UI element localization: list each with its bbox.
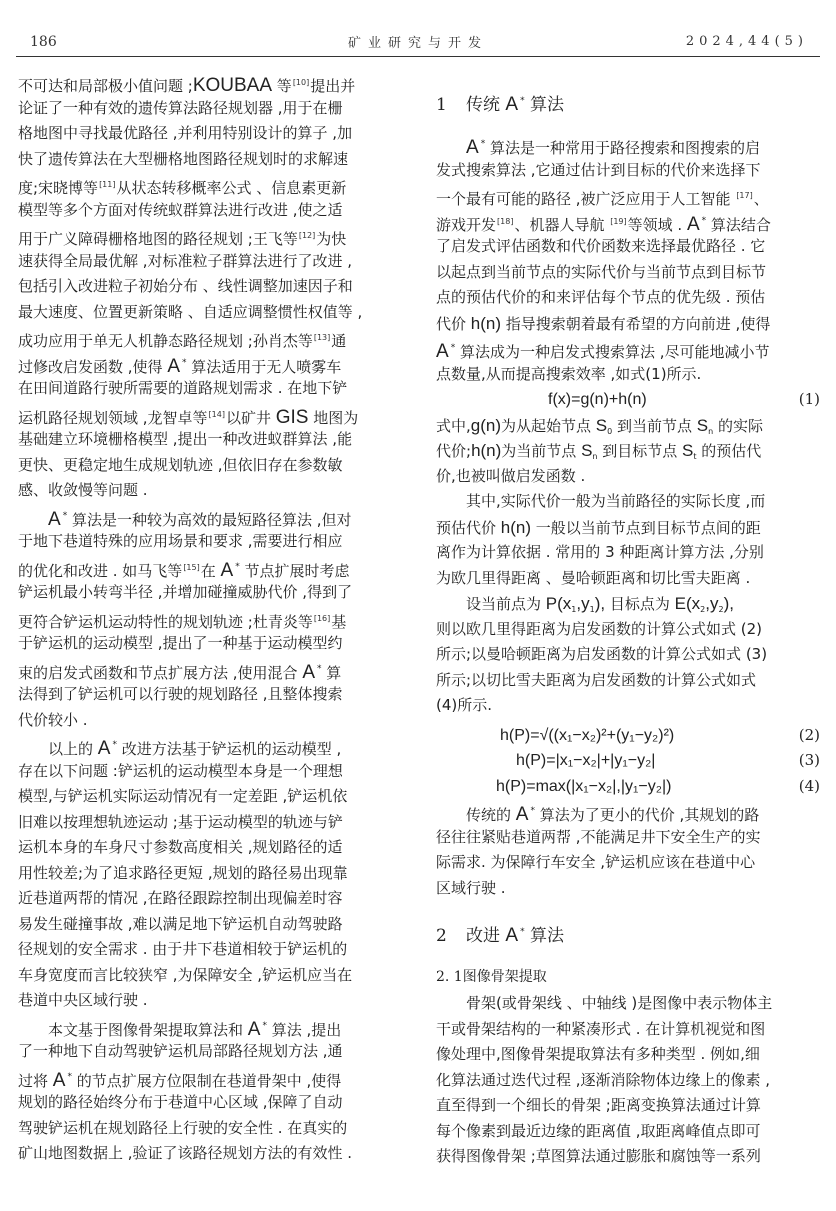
text-run: 为欧几里得距离 、曼哈顿距离和切比雪夫距离 . <box>436 569 750 587</box>
text-line: 模型,与铲运机实际运动情况有一定差距 ,铲运机依 <box>18 784 403 810</box>
equation-1: f(x)=g(n)+h(n) (1) <box>436 387 820 413</box>
right-column: 1传统 A* 算法 A* 算法是一种常用于路径搜索和图搜索的启发式搜索算法 ,它… <box>436 84 820 1170</box>
text-line: 快了遗传算法在大型栅格地图路径规划时的求解速 <box>18 147 403 173</box>
text-line: 化算法通过迭代过程 ,逐渐消除物体边缘上的像素 , <box>436 1068 820 1094</box>
a-star-symbol: A <box>505 925 518 946</box>
text-run: 模型等多个方面对传统蚁群算法进行改进 ,使之适 <box>18 201 343 219</box>
text-line: 为欧几里得距离 、曼哈顿距离和切比雪夫距离 . <box>436 566 820 592</box>
text-line: 所示;以曼哈顿距离为启发函数的计算公式如式 (3) <box>436 642 820 668</box>
text-run: 际需求. 为保障行车安全 ,铲运机应该在巷道中心 <box>436 853 755 871</box>
text-line: 用于广义障碍栅格地图的路径规划 ;王飞等[12]为快 <box>18 223 403 249</box>
text-run: 式中, <box>436 417 471 435</box>
text-run: 运机本身的车身尺寸参数高度相关 ,规划路径的适 <box>18 838 343 856</box>
text-line: A* 算法成为一种启发式搜索算法 ,尽可能地减小节 <box>436 336 820 362</box>
section1-body: A* 算法是一种常用于路径搜索和图搜索的启发式搜索算法 ,它通过估计到目标的代价… <box>436 132 820 387</box>
text-line: 基础建立环境栅格模型 ,提出一种改进蚁群算法 ,能 <box>18 427 403 453</box>
text-line: 本文基于图像骨架提取算法和 A* 算法 ,提出 <box>18 1014 403 1040</box>
text-run: (4)所示. <box>436 696 492 714</box>
text-run: 以矿井 <box>226 409 276 427</box>
text-line: 包括引入改进粒子初始分布 、线性调整加速因子和 <box>18 274 403 300</box>
text-run: 旧难以按理想轨迹运动 ;基于运动模型的轨迹与铲 <box>18 813 343 831</box>
text-run: 为快 <box>316 230 346 248</box>
distance-equations: h(P)=√((x₁−x₂)²+(y₁−y₂)²)(2)h(P)=|x₁−x₂|… <box>436 723 820 800</box>
text-line: 驾驶铲运机在规划路径上行驶的安全性 . 在真实的 <box>18 1116 403 1142</box>
text-line: 更快、更稳定地生成规划轨迹 ,但依旧存在参数敏 <box>18 453 403 479</box>
text-run: 束的启发式函数和节点扩展方法 ,使用混合 <box>18 664 302 682</box>
text-run: 点数量,从而提高搜索效率 ,如式(1)所示. <box>436 365 701 383</box>
text-line: 径规划的安全需求 . 由于井下巷道相较于铲运机的 <box>18 937 403 963</box>
text-line: 一个最有可能的路径 ,被广泛应用于人工智能 [17]、 <box>436 183 820 209</box>
text-run: 在田间道路行驶所需要的道路规划需求 . 在地下铲 <box>18 379 347 397</box>
text-line: 所示;以切比雪夫距离为启发函数的计算公式如式 <box>436 668 820 694</box>
a-star-symbol: A* <box>48 511 67 529</box>
text-run: 的优化和改进 . 如马飞等 <box>18 562 182 580</box>
equation-explanation: 式中,g(n)为从起始节点 S0 到当前节点 Sn 的实际代价;h(n)为当前节… <box>436 413 820 719</box>
equation: h(P)=|x₁−x₂|+|y₁−y₂|(3) <box>436 748 820 774</box>
text-line: 的优化和改进 . 如马飞等[15]在 A* 节点扩展时考虑 <box>18 555 403 581</box>
text-line: 在田间道路行驶所需要的道路规划需求 . 在地下铲 <box>18 376 403 402</box>
text-run: 、 <box>754 190 769 208</box>
equation: h(P)=max(|x₁−x₂|,|y₁−y₂|)(4) <box>436 774 820 800</box>
text-run: 设当前点为 <box>466 595 546 613</box>
text-line: 代价较小 . <box>18 708 403 734</box>
text-line: 法得到了铲运机可以行驶的规划路径 ,且整体搜索 <box>18 682 403 708</box>
text-run: 基 <box>331 613 346 631</box>
text-line: 成功应用于单无人机静态路径规划 ;孙肖杰等[13]通 <box>18 325 403 351</box>
section-title-part: 算法 <box>525 95 564 115</box>
text-line: 式中,g(n)为从起始节点 S0 到当前节点 Sn 的实际 <box>436 413 820 439</box>
citation: [10] <box>293 78 309 87</box>
inline-term: S <box>697 416 708 435</box>
text-run: 近巷道两帮的情况 ,在路径跟踪控制出现偏差时容 <box>18 889 343 907</box>
citation: [11] <box>99 180 115 189</box>
equation-number: (1) <box>799 387 820 413</box>
text-run: 所示;以切比雪夫距离为启发函数的计算公式如式 <box>436 671 756 689</box>
citation: [16] <box>314 614 330 623</box>
text-run: 矿山地图数据上 ,验证了该路径规划方法的有效性 . <box>18 1144 352 1162</box>
a-star-symbol: A <box>505 94 518 115</box>
text-run: 过修改启发函数 ,使得 <box>18 358 167 376</box>
inline-term: h(n) <box>501 518 531 537</box>
text-run: 速获得全局最优解 ,对标准粒子群算法进行了改进 , <box>18 252 352 270</box>
citation: [13] <box>314 333 330 342</box>
section-number: 2 <box>436 919 466 953</box>
text-line: 束的启发式函数和节点扩展方法 ,使用混合 A* 算 <box>18 657 403 683</box>
text-line: 了启发式评估函数和代价函数来选择最优路径 . 它 <box>436 234 820 260</box>
text-run: 所示;以曼哈顿距离为启发函数的计算公式如式 (3) <box>436 645 767 663</box>
text-line: 论证了一种有效的遗传算法路径规划器 ,用于在栅 <box>18 96 403 122</box>
text-line: 获得图像骨架 ;草图算法通过膨胀和腐蚀等一系列 <box>436 1144 820 1170</box>
text-run: 在 <box>201 562 221 580</box>
section-title-part: 算法 <box>525 926 564 946</box>
text-run: 其中,实际代价一般为当前路径的实际长度 ,而 <box>466 492 765 510</box>
text-run: 价,也被叫做启发函数 . <box>436 467 585 485</box>
text-run: 包括引入改进粒子初始分布 、线性调整加速因子和 <box>18 277 353 295</box>
text-run: 于地下巷道特殊的应用场景和要求 ,需要进行相应 <box>18 532 343 550</box>
citation: [14] <box>209 410 225 419</box>
section-heading-2: 2改进 A* 算法 <box>436 915 820 963</box>
text-line: 骨架(或骨架线 、中轴线 )是图像中表示物体主 <box>436 991 820 1017</box>
text-line: 设当前点为 P(x1,y1), 目标点为 E(x2,y2), <box>436 591 820 617</box>
inline-term: ), <box>595 594 605 613</box>
text-run: 指导搜索朝着最有希望的方向前进 ,使得 <box>501 315 770 333</box>
text-run: 用性较差;为了追求路径更短 ,规划的路径易出现靠 <box>18 864 348 882</box>
text-line: 运机路径规划领域 ,龙智卓等[14]以矿井 GIS 地图为 <box>18 402 403 428</box>
text-run: 用于广义障碍栅格地图的路径规划 ;王飞等 <box>18 230 298 248</box>
text-run: 离作为计算依据 . 常用的 3 种距离计算方法 ,分别 <box>436 543 764 561</box>
text-line: 传统的 A* 算法为了更小的代价 ,其规划的路 <box>436 799 820 825</box>
a-star-symbol: A* <box>436 343 455 361</box>
text-run: 算法结合 <box>706 216 771 234</box>
section2-1-body: 骨架(或骨架线 、中轴线 )是图像中表示物体主干或骨架结构的一种紧凑形式 . 在… <box>436 991 820 1170</box>
text-line: A* 算法是一种常用于路径搜索和图搜索的启 <box>436 132 820 158</box>
text-line: 度;宋晓博等[11]从状态转移概率公式 、信息素更新 <box>18 172 403 198</box>
text-run: 格地图中寻找最优路径 ,并利用特别设计的算子 ,加 <box>18 124 352 142</box>
citation: [15] <box>183 563 199 572</box>
text-run: 预估代价 <box>436 519 501 537</box>
text-run: 法得到了铲运机可以行驶的规划路径 ,且整体搜索 <box>18 685 343 703</box>
text-run: 改进方法基于铲运机的运动模型 , <box>117 740 341 758</box>
text-line: 干或骨架结构的一种紧凑形式 . 在计算机视觉和图 <box>436 1017 820 1043</box>
text-line: 以起点到当前节点的实际代价与当前节点到目标节 <box>436 260 820 286</box>
text-line: 铲运机最小转弯半径 ,并增加碰撞威胁代价 ,得到了 <box>18 580 403 606</box>
inline-term: ,y <box>705 594 718 613</box>
inline-term: ), <box>724 594 734 613</box>
text-line: 游戏开发[18]、机器人导航 [19]等领域 . A* 算法结合 <box>436 209 820 235</box>
text-run: 快了遗传算法在大型栅格地图路径规划时的求解速 <box>18 150 348 168</box>
text-run: 节点扩展时考虑 <box>240 562 350 580</box>
text-run: 的实际 <box>713 417 763 435</box>
text-line: 速获得全局最优解 ,对标准粒子群算法进行了改进 , <box>18 249 403 275</box>
inline-term: KOUBAA <box>193 75 272 96</box>
text-run: 更符合铲运机运动特性的规划轨迹 ;杜青炎等 <box>18 613 313 631</box>
text-line: 过将 A* 的节点扩展方位限制在巷道骨架中 ,使得 <box>18 1065 403 1091</box>
text-run: 、机器人导航 <box>514 216 609 234</box>
a-star-symbol: A* <box>302 664 321 682</box>
text-run: 存在以下问题 :铲运机的运动模型本身是一个理想 <box>18 762 343 780</box>
page-header: 186 矿业研究与开发 2024,44(5) <box>16 30 820 57</box>
text-run: 论证了一种有效的遗传算法路径规划器 ,用于在栅 <box>18 99 343 117</box>
subsection-number: 2. 1 <box>436 969 463 985</box>
inline-term: E(x <box>675 594 701 613</box>
a-star-symbol: A* <box>248 1021 267 1039</box>
text-run: 巷道中央区域行驶 . <box>18 991 148 1009</box>
text-run: 更快、更稳定地生成规划轨迹 ,但依旧存在参数敏 <box>18 456 343 474</box>
text-run: 获得图像骨架 ;草图算法通过膨胀和腐蚀等一系列 <box>436 1147 761 1165</box>
text-line: 易发生碰撞事故 ,难以满足地下铲运机自动驾驶路 <box>18 912 403 938</box>
section1-conclusion: 传统的 A* 算法为了更小的代价 ,其规划的路径往往紧贴巷道两帮 ,不能满足井下… <box>436 799 820 901</box>
a-star-symbol: A* <box>516 806 535 824</box>
text-run: 骨架(或骨架线 、中轴线 )是图像中表示物体主 <box>466 994 772 1012</box>
text-line: 径往往紧贴巷道两帮 ,不能满足井下安全生产的实 <box>436 825 820 851</box>
text-run: 算法是一种较为高效的最短路径算法 ,但对 <box>67 511 351 529</box>
text-run: 于铲运机的运动模型 ,提出了一种基于运动模型约 <box>18 634 343 652</box>
text-run: 算法成为一种启发式搜索算法 ,尽可能地减小节 <box>455 343 769 361</box>
equation-expression: h(P)=|x₁−x₂|+|y₁−y₂| <box>516 748 655 774</box>
text-line: 其中,实际代价一般为当前路径的实际长度 ,而 <box>436 489 820 515</box>
text-run: 以起点到当前节点的实际代价与当前节点到目标节 <box>436 263 766 281</box>
text-line: 区域行驶 . <box>436 876 820 902</box>
text-line: 于地下巷道特殊的应用场景和要求 ,需要进行相应 <box>18 529 403 555</box>
text-line: A* 算法是一种较为高效的最短路径算法 ,但对 <box>18 504 403 530</box>
text-run: 了一种地下自动驾驶铲运机局部路径规划方法 ,通 <box>18 1042 343 1060</box>
text-run: 直至得到一个细长的骨架 ;距离变换算法通过计算 <box>436 1096 761 1114</box>
citation: [17] <box>736 191 752 200</box>
section-number: 1 <box>436 88 466 122</box>
text-run: 运机路径规划领域 ,龙智卓等 <box>18 409 208 427</box>
text-line: 预估代价 h(n) 一般以当前节点到目标节点间的距 <box>436 515 820 541</box>
text-line: 感、收敛慢等问题 . <box>18 478 403 504</box>
text-line: 更符合铲运机运动特性的规划轨迹 ;杜青炎等[16]基 <box>18 606 403 632</box>
a-star-symbol: A* <box>167 358 186 376</box>
text-run: 铲运机最小转弯半径 ,并增加碰撞威胁代价 ,得到了 <box>18 583 352 601</box>
text-run: 代价 <box>436 315 471 333</box>
text-run: 的预估代 <box>697 442 762 460</box>
equation-number: (3) <box>799 748 820 774</box>
subsection-heading-2-1: 2. 1图像骨架提取 <box>436 963 820 991</box>
inline-term: g(n) <box>471 416 501 435</box>
inline-term: ,y <box>576 594 589 613</box>
text-run: 目标点为 <box>605 595 675 613</box>
section-heading-1: 1传统 A* 算法 <box>436 84 820 132</box>
text-run: 最大速度、位置更新策略 、自适应调整惯性权值等 , <box>18 303 362 321</box>
text-run: 代价; <box>436 442 471 460</box>
text-line: 代价;h(n)为当前节点 Sn 到目标节点 St 的预估代 <box>436 438 820 464</box>
text-run: 一般以当前节点到目标节点间的距 <box>531 519 761 537</box>
equation-number: (2) <box>799 723 820 749</box>
text-run: 游戏开发 <box>436 216 496 234</box>
text-run: 像处理中,图像骨架提取算法有多种类型 . 例如,细 <box>436 1045 760 1063</box>
inline-term: GIS <box>276 407 309 428</box>
text-line: 最大速度、位置更新策略 、自适应调整惯性权值等 , <box>18 300 403 326</box>
text-line: 格地图中寻找最优路径 ,并利用特别设计的算子 ,加 <box>18 121 403 147</box>
a-star-symbol: A* <box>53 1072 72 1090</box>
text-run: 一个最有可能的路径 ,被广泛应用于人工智能 <box>436 190 735 208</box>
equation-number: (4) <box>799 774 820 800</box>
text-line: 代价 h(n) 指导搜索朝着最有希望的方向前进 ,使得 <box>436 311 820 337</box>
text-line: 用性较差;为了追求路径更短 ,规划的路径易出现靠 <box>18 861 403 887</box>
text-run: 发式搜索算法 ,它通过估计到目标的代价来选择下 <box>436 161 761 179</box>
left-column: 不可达和局部极小值问题 ;KOUBAA 等[10]提出并论证了一种有效的遗传算法… <box>18 70 403 1167</box>
inline-term: h(n) <box>471 441 501 460</box>
text-run: 化算法通过迭代过程 ,逐渐消除物体边缘上的像素 , <box>436 1071 770 1089</box>
text-line: 于铲运机的运动模型 ,提出了一种基于运动模型约 <box>18 631 403 657</box>
text-run: 从状态转移概率公式 、信息素更新 <box>116 179 346 197</box>
text-run: 则以欧几里得距离为启发函数的计算公式如式 (2) <box>436 620 762 638</box>
text-run: 地图为 <box>308 409 358 427</box>
text-run: 车身宽度而言比较狭窄 ,为保障安全 ,铲运机应当在 <box>18 966 352 984</box>
equation-expression: h(P)=max(|x₁−x₂|,|y₁−y₂|) <box>496 774 671 800</box>
text-run: 到目标节点 <box>598 442 683 460</box>
text-run: 度;宋晓博等 <box>18 179 98 197</box>
text-run: 点的预估代价的和来评估每个节点的优先级 . 预估 <box>436 288 765 306</box>
text-line: 车身宽度而言比较狭窄 ,为保障安全 ,铲运机应当在 <box>18 963 403 989</box>
text-run: 为当前节点 <box>501 442 581 460</box>
text-run: 代价较小 . <box>18 711 88 729</box>
citation: [19] <box>610 217 626 226</box>
text-run: 算法 ,提出 <box>267 1021 341 1039</box>
text-line: 规划的路径始终分布于巷道中心区域 ,保障了自动 <box>18 1090 403 1116</box>
text-line: 点数量,从而提高搜索效率 ,如式(1)所示. <box>436 362 820 388</box>
text-run: 径往往紧贴巷道两帮 ,不能满足井下安全生产的实 <box>436 828 761 846</box>
text-run: 规划的路径始终分布于巷道中心区域 ,保障了自动 <box>18 1093 343 1111</box>
text-run: 提出并 <box>310 77 355 95</box>
text-run: 易发生碰撞事故 ,难以满足地下铲运机自动驾驶路 <box>18 915 343 933</box>
text-run: 本文基于图像骨架提取算法和 <box>48 1021 248 1039</box>
text-run: 了启发式评估函数和代价函数来选择最优路径 . 它 <box>436 237 765 255</box>
text-run: 到当前节点 <box>612 417 697 435</box>
text-line: 巷道中央区域行驶 . <box>18 988 403 1014</box>
text-line: 存在以下问题 :铲运机的运动模型本身是一个理想 <box>18 759 403 785</box>
text-line: 际需求. 为保障行车安全 ,铲运机应该在巷道中心 <box>436 850 820 876</box>
inline-term: S <box>682 441 693 460</box>
text-run: 每个像素到最近边缘的距离值 ,取距离峰值点即可 <box>436 1122 761 1140</box>
text-line: 不可达和局部极小值问题 ;KOUBAA 等[10]提出并 <box>18 70 403 96</box>
text-run: 算 <box>322 664 342 682</box>
text-run: 算法是一种常用于路径搜索和图搜索的启 <box>485 139 760 157</box>
text-run: 成功应用于单无人机静态路径规划 ;孙肖杰等 <box>18 332 313 350</box>
text-run: 为从起始节点 <box>501 417 596 435</box>
equation: h(P)=√((x₁−x₂)²+(y₁−y₂)²)(2) <box>436 723 820 749</box>
section-title-part: 改进 <box>466 926 505 946</box>
issue-info: 2024,44(5) <box>686 34 808 49</box>
text-run: 径规划的安全需求 . 由于井下巷道相较于铲运机的 <box>18 940 347 958</box>
equation-expression: f(x)=g(n)+h(n) <box>548 387 647 413</box>
text-line: 价,也被叫做启发函数 . <box>436 464 820 490</box>
text-line: 则以欧几里得距离为启发函数的计算公式如式 (2) <box>436 617 820 643</box>
text-line: 直至得到一个细长的骨架 ;距离变换算法通过计算 <box>436 1093 820 1119</box>
text-line: 像处理中,图像骨架提取算法有多种类型 . 例如,细 <box>436 1042 820 1068</box>
text-run: 模型,与铲运机实际运动情况有一定差距 ,铲运机依 <box>18 787 347 805</box>
text-run: 等 <box>272 77 292 95</box>
a-star-symbol: A* <box>687 216 706 234</box>
text-line: 点的预估代价的和来评估每个节点的优先级 . 预估 <box>436 285 820 311</box>
text-run: 区域行驶 . <box>436 879 506 897</box>
a-star-symbol: A* <box>98 740 117 758</box>
citation: [18] <box>497 217 513 226</box>
text-run: 算法为了更小的代价 ,其规划的路 <box>535 806 759 824</box>
a-star-symbol: A* <box>466 139 485 157</box>
inline-term: S <box>581 441 592 460</box>
a-star-symbol: A* <box>221 562 240 580</box>
subsection-title: 图像骨架提取 <box>463 969 547 985</box>
text-line: (4)所示. <box>436 693 820 719</box>
text-line: 离作为计算依据 . 常用的 3 种距离计算方法 ,分别 <box>436 540 820 566</box>
text-line: 每个像素到最近边缘的距离值 ,取距离峰值点即可 <box>436 1119 820 1145</box>
text-run: 基础建立环境栅格模型 ,提出一种改进蚁群算法 ,能 <box>18 430 352 448</box>
text-line: 运机本身的车身尺寸参数高度相关 ,规划路径的适 <box>18 835 403 861</box>
text-run: 通 <box>331 332 346 350</box>
section-title-part: 传统 <box>466 95 505 115</box>
text-line: 发式搜索算法 ,它通过估计到目标的代价来选择下 <box>436 158 820 184</box>
text-run: 等领域 . <box>628 216 687 234</box>
text-run: 干或骨架结构的一种紧凑形式 . 在计算机视觉和图 <box>436 1020 765 1038</box>
equation-expression: h(P)=√((x₁−x₂)²+(y₁−y₂)²) <box>500 723 674 749</box>
text-run: 的节点扩展方位限制在巷道骨架中 ,使得 <box>72 1072 341 1090</box>
text-run: 以上的 <box>48 740 98 758</box>
inline-term: P(x <box>546 594 572 613</box>
citation: [12] <box>299 231 315 240</box>
text-line: 了一种地下自动驾驶铲运机局部路径规划方法 ,通 <box>18 1039 403 1065</box>
text-line: 过修改启发函数 ,使得 A* 算法适用于无人喷雾车 <box>18 351 403 377</box>
text-run: 算法适用于无人喷雾车 <box>187 358 342 376</box>
text-run: 感、收敛慢等问题 . <box>18 481 148 499</box>
text-line: 以上的 A* 改进方法基于铲运机的运动模型 , <box>18 733 403 759</box>
text-line: 矿山地图数据上 ,验证了该路径规划方法的有效性 . <box>18 1141 403 1167</box>
text-line: 近巷道两帮的情况 ,在路径跟踪控制出现偏差时容 <box>18 886 403 912</box>
text-line: 旧难以按理想轨迹运动 ;基于运动模型的轨迹与铲 <box>18 810 403 836</box>
inline-term: h(n) <box>471 314 501 333</box>
inline-term: S <box>596 416 607 435</box>
text-run: 过将 <box>18 1072 53 1090</box>
text-run: 传统的 <box>466 806 516 824</box>
text-run: 驾驶铲运机在规划路径上行驶的安全性 . 在真实的 <box>18 1119 347 1137</box>
text-line: 模型等多个方面对传统蚁群算法进行改进 ,使之适 <box>18 198 403 224</box>
text-run: 不可达和局部极小值问题 ; <box>18 77 193 95</box>
